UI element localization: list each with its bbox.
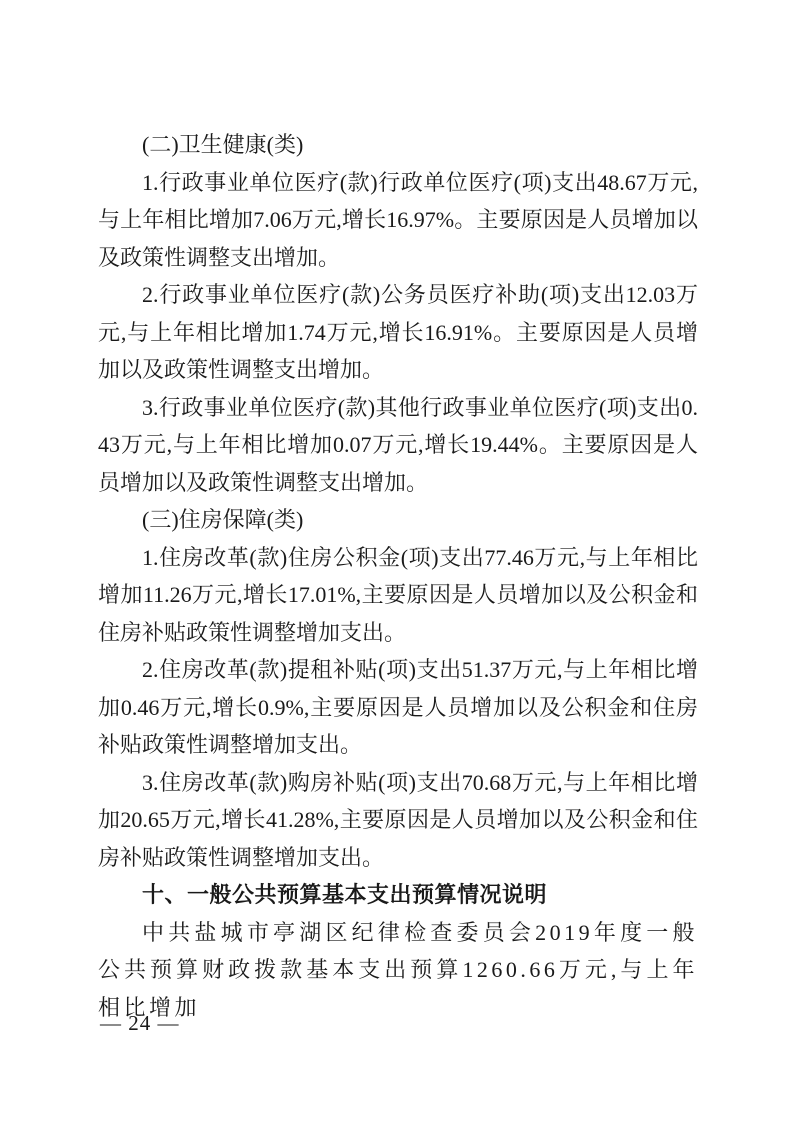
page-number: — 24 — — [100, 1011, 180, 1035]
para-civil-servant-medical-subsidy: 2.行政事业单位医疗(款)公务员医疗补助(项)支出12.03万元,与上年相比增加… — [98, 276, 698, 389]
subsection-heading-housing: (三)住房保障(类) — [98, 501, 698, 539]
subsection-heading-health: (二)卫生健康(类) — [98, 126, 698, 164]
page-footer: — 24 — — [100, 1008, 180, 1038]
page-content: (二)卫生健康(类) 1.行政事业单位医疗(款)行政单位医疗(项)支出48.67… — [98, 126, 698, 1026]
para-housing-provident-fund: 1.住房改革(款)住房公积金(项)支出77.46万元,与上年相比增加11.26万… — [98, 539, 698, 652]
document-page: (二)卫生健康(类) 1.行政事业单位医疗(款)行政单位医疗(项)支出48.67… — [0, 0, 794, 1123]
section-heading-basic-expenditure: 十、一般公共预算基本支出预算情况说明 — [98, 876, 698, 914]
para-other-admin-medical: 3.行政事业单位医疗(款)其他行政事业单位医疗(项)支出0.43万元,与上年相比… — [98, 389, 698, 502]
para-basic-expenditure-intro: 中共盐城市亭湖区纪律检查委员会2019年度一般公共预算财政拨款基本支出预算126… — [98, 914, 698, 1027]
para-rent-subsidy: 2.住房改革(款)提租补贴(项)支出51.37万元,与上年相比增加0.46万元,… — [98, 651, 698, 764]
para-house-purchase-subsidy: 3.住房改革(款)购房补贴(项)支出70.68万元,与上年相比增加20.65万元… — [98, 764, 698, 877]
para-admin-unit-medical: 1.行政事业单位医疗(款)行政单位医疗(项)支出48.67万元,与上年相比增加7… — [98, 164, 698, 277]
